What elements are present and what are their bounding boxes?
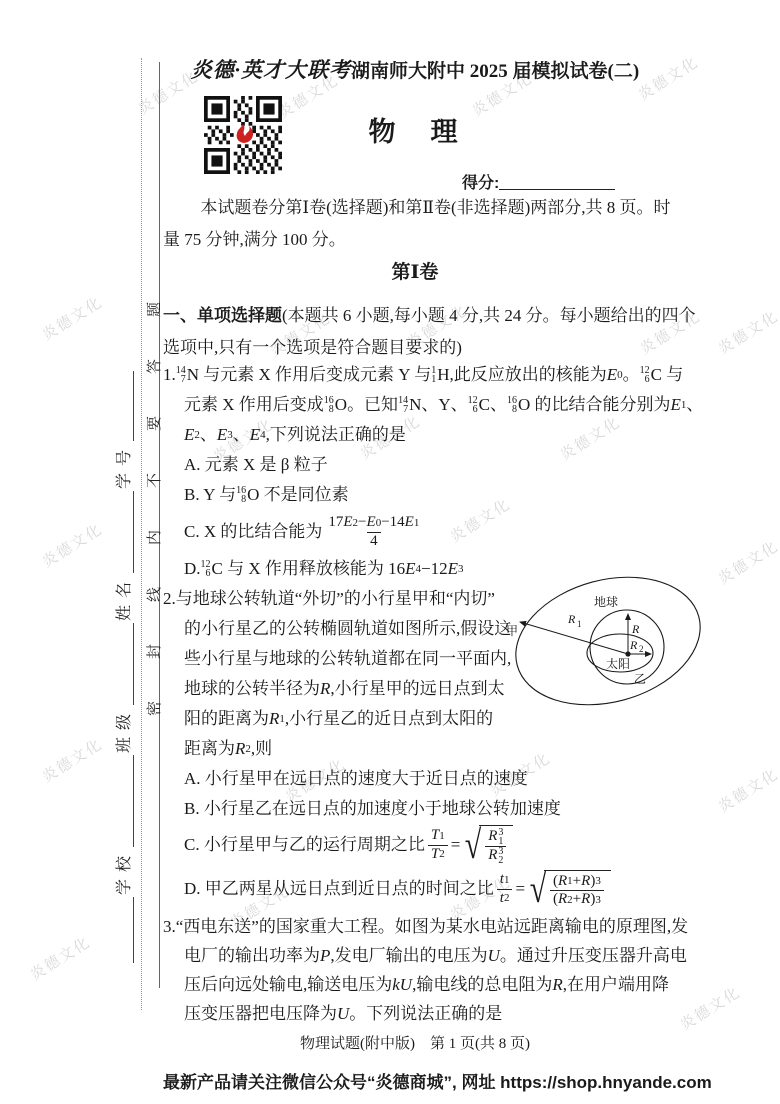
question-stem-line: 1.147N 与元素 X 作用后变成元素 Y 与11H,此反应放出的核能为 E0…: [163, 360, 675, 390]
watermark-text: 炎德文化: [676, 981, 745, 1035]
orbit-diagram: 地球 甲 R 1 R R 2 太阳 乙: [498, 563, 710, 715]
option-c: C. X 的比结合能为17E2−E0−14E14: [163, 510, 675, 554]
watermark-text: 炎德文化: [38, 733, 107, 787]
watermark-text: 炎德文化: [714, 305, 780, 359]
watermark-text: 炎德文化: [38, 291, 107, 345]
fill-label: 学号: [111, 441, 134, 491]
watermark-text: 炎德文化: [714, 763, 780, 817]
question-3: 3.“西电东送”的国家重大工程。如图为某水电站远距离输电的原理图,发 电厂的输出…: [163, 912, 675, 1028]
fill-blank: [119, 371, 134, 441]
r1-arrow: [520, 622, 628, 654]
watermark-text: 炎德文化: [26, 931, 95, 985]
exam-name: 湖南师大附中 2025 届模拟试卷(二): [351, 61, 639, 82]
option-c: C. 小行星甲与乙的运行周期之比T1T2=√R31R32: [163, 824, 675, 866]
exam-intro: 本试题卷分第Ⅰ卷(选择题)和第Ⅱ卷(非选择题)两部分,共 8 页。时 量 75 …: [163, 192, 673, 256]
question-stem-line: 电厂的输出功率为 P,发电厂输出的电压为 U。通过升压变压器升高电: [163, 941, 675, 970]
fill-label: 学校: [111, 847, 134, 897]
seal-warning-text: 密封线内不要答题: [143, 246, 161, 716]
earth-label: 地球: [594, 594, 618, 609]
option-b: B. Y 与168O 不是同位素: [163, 480, 675, 510]
option-b: B. 小行星乙在远日点的加速度小于地球公转加速度: [163, 794, 675, 824]
r2-sub: 2: [639, 644, 644, 654]
score-label: 得分:: [462, 175, 499, 192]
question-stem-line: 3.“西电东送”的国家重大工程。如图为某水电站远距离输电的原理图,发: [163, 912, 675, 941]
seal-dotted-line: [141, 58, 142, 1010]
fill-label: 班级: [111, 705, 134, 755]
student-info-fill-line: 学校班级姓名学号: [114, 193, 134, 963]
question-stem-line: 压后向远处输电,输送电压为 kU,输电线的总电阻为 R,在用户端用降: [163, 970, 675, 999]
fill-blank: [119, 897, 134, 963]
fill-blank: [119, 491, 134, 573]
watermark-text: 炎德文化: [714, 535, 780, 589]
question-stem-line: 元素 X 作用后变成168O。已知147N、Y、126C、168O 的比结合能分…: [163, 390, 675, 420]
question-stem-line: 距离为 R2,则: [163, 734, 675, 764]
part-title: 第Ⅰ卷: [150, 258, 680, 288]
option-d: D. 甲乙两星从远日点到近日点的时间之比t1t2=√(R1+R)3(R2+R)3: [163, 866, 675, 912]
text-line: 一、单项选择题(本题共 6 小题,每小题 4 分,共 24 分。每小题给出的四个: [163, 300, 678, 332]
promo-line: 最新产品请关注微信公众号“炎德商城”, 网址 https://shop.hnya…: [163, 1068, 712, 1093]
paper-title: 炎德·英才大联考湖南师大附中 2025 届模拟试卷(二): [150, 54, 680, 84]
fill-blank: [119, 755, 134, 847]
r1-sub: 1: [577, 619, 582, 629]
section-title: 一、单项选择题: [163, 306, 282, 325]
page-footer: 物理试题(附中版) 第 1 页(共 8 页): [150, 1032, 680, 1053]
r1-label: R: [567, 612, 576, 626]
score-row: 得分:: [462, 170, 615, 193]
question-stem-line: E2、E3、E4,下列说法正确的是: [163, 420, 675, 450]
fill-label: 姓名: [111, 573, 134, 623]
r-label: R: [631, 622, 640, 636]
option-a: A. 小行星甲在远日点的速度大于近日点的速度: [163, 764, 675, 794]
question-stem-line: 压变压器把电压降为 U。下列说法正确的是: [163, 999, 675, 1028]
jia-label: 甲: [506, 624, 518, 638]
watermark-text: 炎德文化: [38, 518, 107, 572]
section-header: 一、单项选择题(本题共 6 小题,每小题 4 分,共 24 分。每小题给出的四个…: [163, 300, 678, 364]
sun-label: 太阳: [606, 656, 630, 671]
yi-label: 乙: [634, 672, 646, 686]
option-a: A. 元素 X 是 β 粒子: [163, 450, 675, 480]
score-blank: [499, 187, 615, 190]
text-line: 量 75 分钟,满分 100 分。: [163, 224, 673, 256]
question-1: 1.147N 与元素 X 作用后变成元素 Y 与11H,此反应放出的核能为 E0…: [163, 360, 675, 584]
r2-label: R: [629, 638, 638, 652]
orbit-jia-ellipse: [501, 563, 710, 715]
section-note: (本题共 6 小题,每小题 4 分,共 24 分。每小题给出的四个: [282, 306, 696, 325]
subject-title: 物 理: [150, 110, 680, 149]
fill-blank: [119, 623, 134, 705]
text-line: 本试题卷分第Ⅰ卷(选择题)和第Ⅱ卷(非选择题)两部分,共 8 页。时: [163, 192, 673, 224]
orbit-earth-circle: [590, 610, 664, 684]
exam-paper-page: { "header": { "brand": "炎德·英才大联考", "exam…: [0, 0, 780, 1104]
brand-name: 炎德·英才大联考: [191, 58, 351, 82]
